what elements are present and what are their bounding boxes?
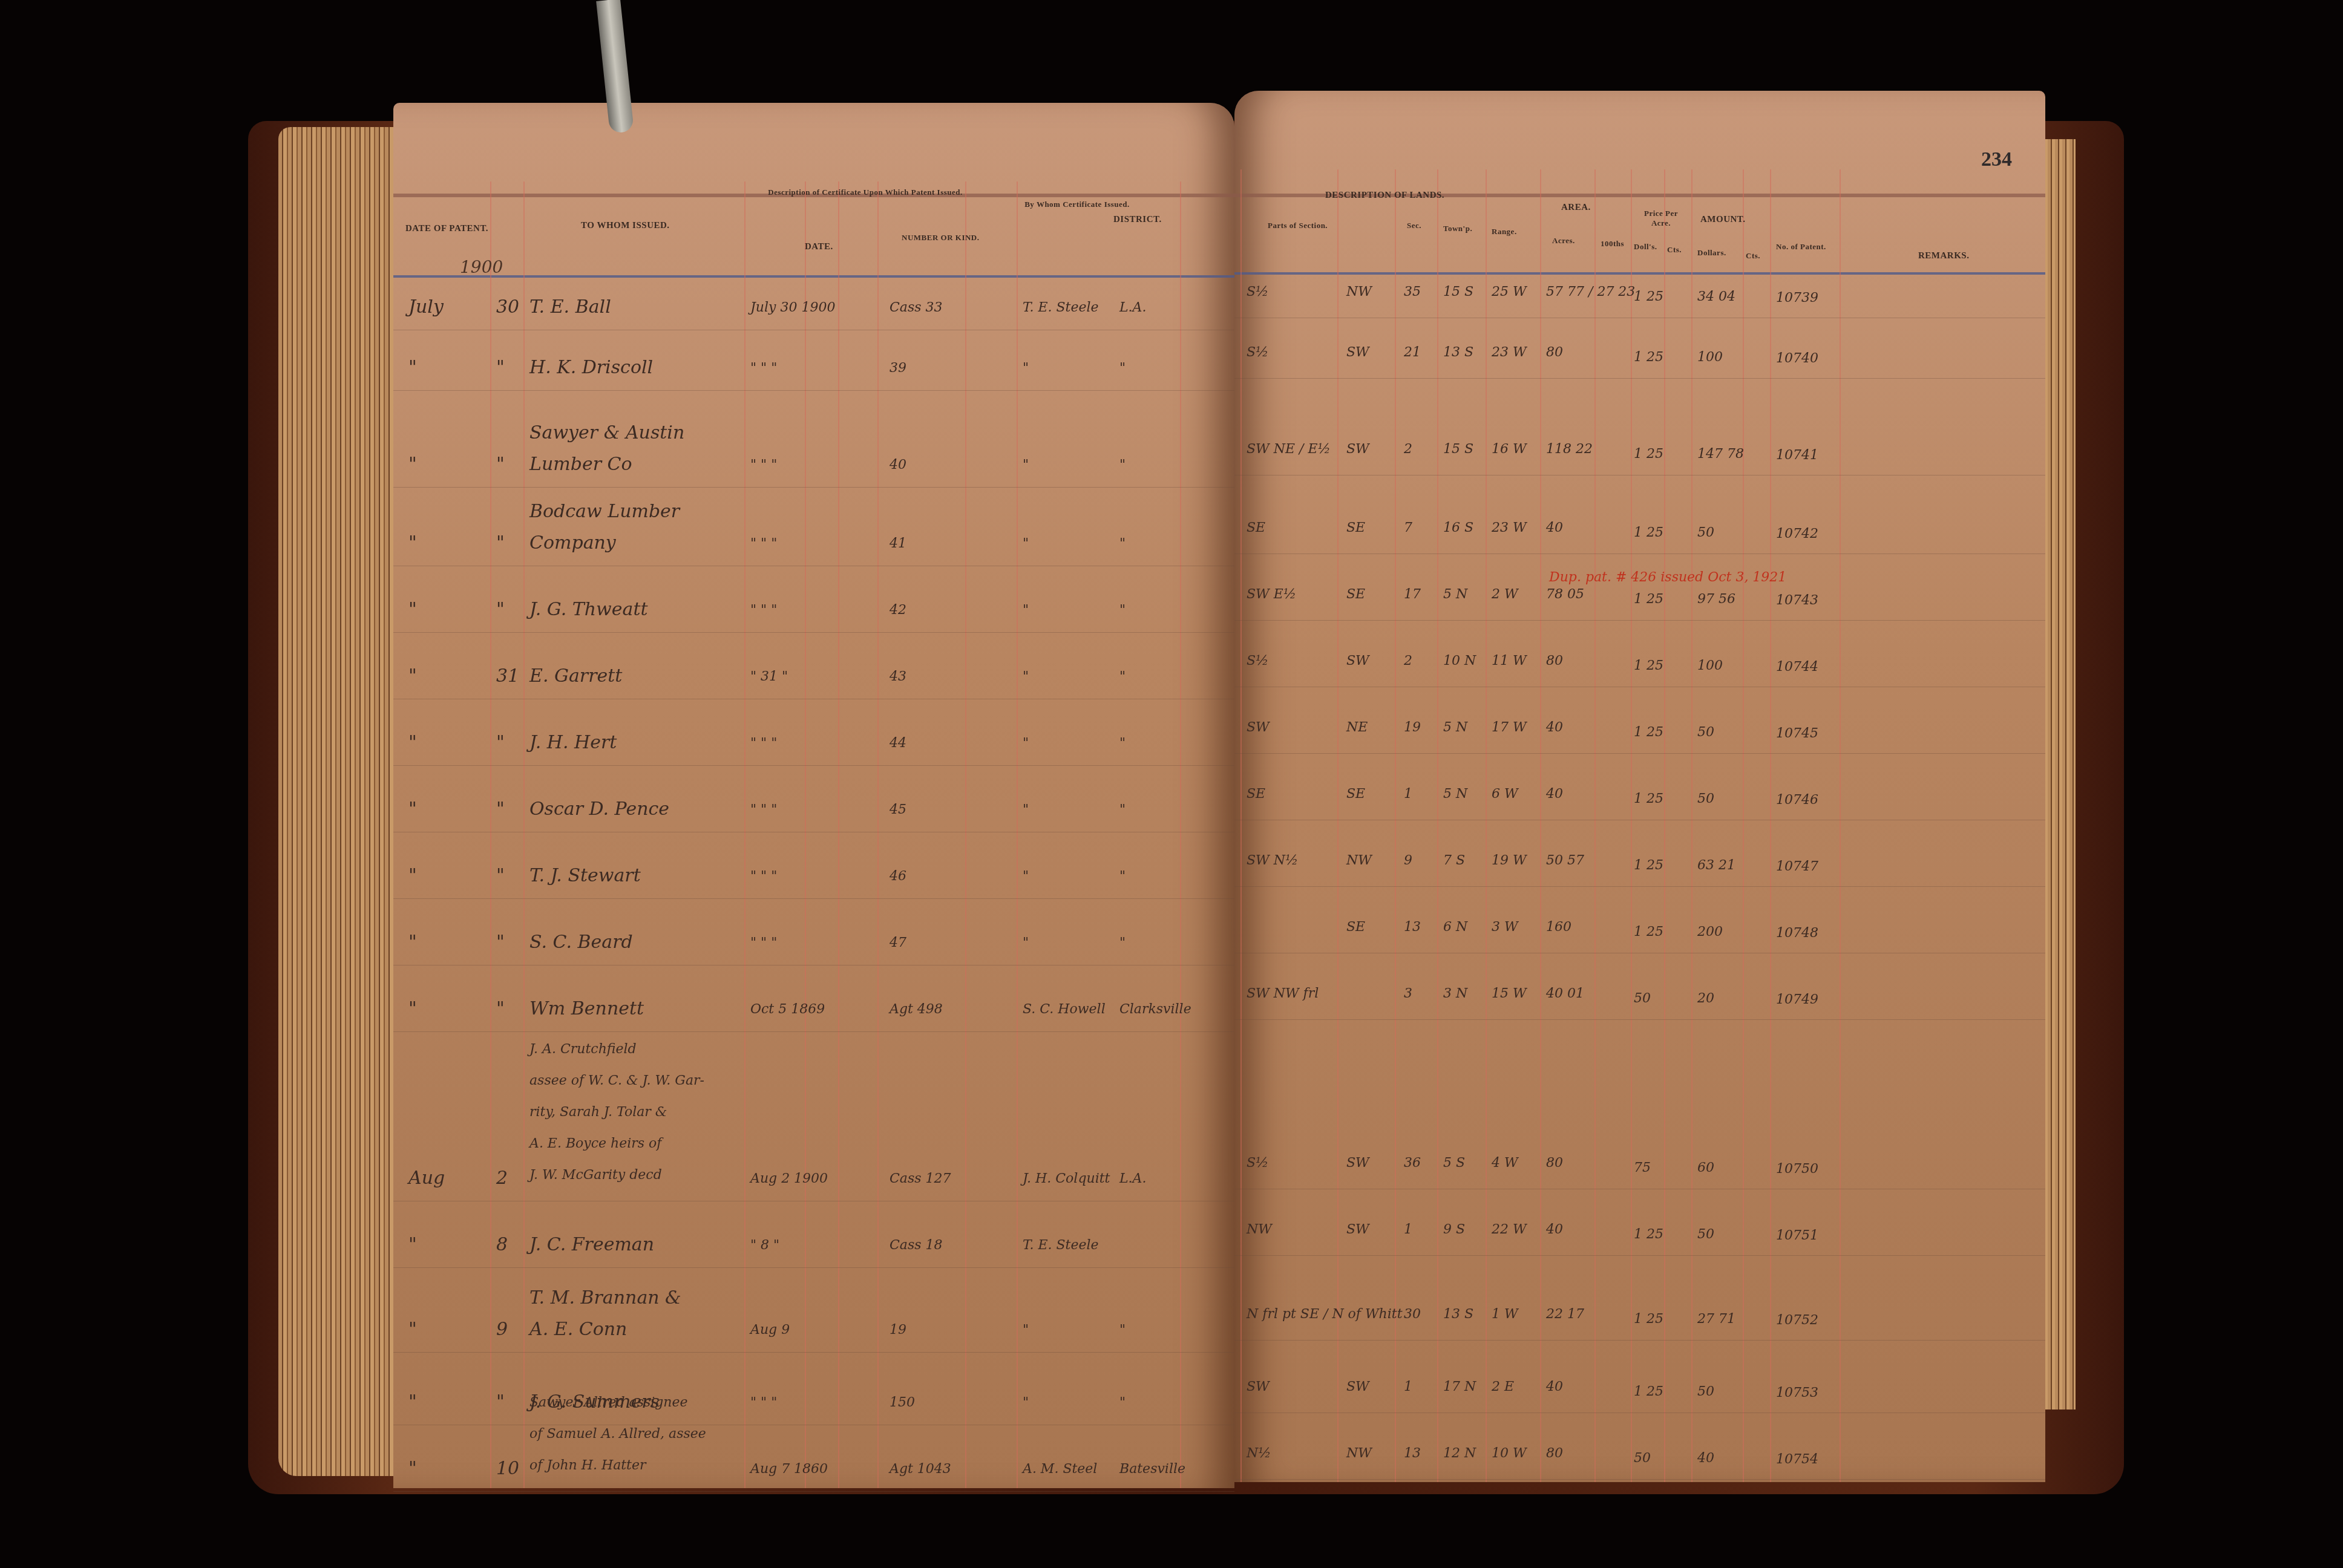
row-rule <box>1234 378 2045 379</box>
row-rule <box>393 1201 1234 1201</box>
entry-range: 2 W <box>1492 587 1518 602</box>
header-bottom-rule <box>1234 272 2045 275</box>
column-divider <box>490 181 491 1488</box>
entry-name-line: of John H. Hatter <box>529 1458 646 1473</box>
entry-price: 1 25 <box>1634 350 1663 365</box>
column-divider <box>1540 169 1541 1482</box>
entry-quarter: SW <box>1346 1379 1369 1394</box>
entry-amount: 40 <box>1697 1451 1714 1466</box>
entry-name-line: T. E. Ball <box>529 296 611 318</box>
header-description-of-lands: DESCRIPTION OF LANDS. <box>1325 191 1444 201</box>
column-divider <box>1180 181 1181 1488</box>
column-divider <box>1691 169 1693 1482</box>
entry-quarter: NW <box>1346 853 1372 868</box>
entry-part-of-section: S½ <box>1247 345 1268 360</box>
entry-price: 75 <box>1634 1160 1651 1175</box>
entry-month: " <box>408 665 417 687</box>
header-acres: Acres. <box>1552 236 1575 246</box>
entry-patent-number: 10741 <box>1776 448 1818 463</box>
entry-by-whom: " <box>1023 536 1029 551</box>
entry-price: 1 25 <box>1634 725 1663 740</box>
entry-amount: 50 <box>1697 525 1714 540</box>
entry-month: Aug <box>408 1168 445 1189</box>
column-divider <box>838 181 839 1488</box>
entry-name-line: E. Garrett <box>529 665 622 687</box>
entry-name-line: A. E. Conn <box>529 1319 627 1340</box>
entry-acres: 80 <box>1546 345 1563 360</box>
entry-acres: 160 <box>1546 920 1571 935</box>
column-divider <box>1770 169 1771 1482</box>
header-price-cts: Cts. <box>1667 245 1682 255</box>
column-divider <box>1337 169 1339 1482</box>
column-divider <box>1486 169 1487 1482</box>
entry-amount: 60 <box>1697 1160 1714 1175</box>
entry-cert-date: Aug 9 <box>750 1322 790 1338</box>
entry-name-line: Oscar D. Pence <box>529 799 669 820</box>
entry-day: " <box>496 357 505 378</box>
entry-range: 23 W <box>1492 520 1527 535</box>
entry-patent-number: 10744 <box>1776 659 1818 675</box>
entry-district: " <box>1119 935 1126 950</box>
entry-cert-kind: 46 <box>890 869 906 884</box>
entry-district: " <box>1119 361 1126 376</box>
entry-part-of-section: S½ <box>1247 653 1268 668</box>
entry-price: 1 25 <box>1634 446 1663 462</box>
header-range: Range. <box>1492 227 1517 237</box>
entry-township: 5 N <box>1443 720 1467 735</box>
entry-township: 5 S <box>1443 1155 1465 1171</box>
entry-day: 9 <box>496 1319 508 1340</box>
entry-month: " <box>408 998 417 1019</box>
entry-part-of-section: SW N½ <box>1247 853 1298 868</box>
entry-price: 50 <box>1634 1451 1651 1466</box>
header-amount-cts: Cts. <box>1746 251 1760 261</box>
entry-part-of-section: N½ <box>1247 1446 1271 1461</box>
row-rule <box>1234 554 2045 554</box>
entry-amount: 50 <box>1697 725 1714 740</box>
entry-by-whom: A. M. Steel <box>1023 1462 1097 1477</box>
entry-section: 36 <box>1404 1155 1421 1171</box>
entry-cert-kind: 40 <box>890 457 906 472</box>
entry-month: " <box>408 799 417 820</box>
header-area: AREA. <box>1561 203 1591 213</box>
entry-range: 19 W <box>1492 853 1527 868</box>
entry-range: 6 W <box>1492 786 1518 802</box>
entry-by-whom: " <box>1023 802 1029 817</box>
entry-price: 1 25 <box>1634 924 1663 939</box>
entry-amount: 100 <box>1697 658 1723 673</box>
column-divider <box>744 181 745 1488</box>
entry-by-whom: J. H. Colquitt <box>1023 1171 1110 1186</box>
entry-by-whom: " <box>1023 736 1029 751</box>
entry-district: " <box>1119 1322 1126 1338</box>
entry-section: 7 <box>1404 520 1412 535</box>
row-rule <box>1234 620 2045 621</box>
entry-district: Batesville <box>1119 1462 1185 1477</box>
entry-section: 1 <box>1404 1379 1412 1394</box>
column-divider <box>805 181 806 1488</box>
entry-patent-number: 10746 <box>1776 792 1818 808</box>
column-divider <box>523 181 525 1488</box>
entry-price: 1 25 <box>1634 592 1663 607</box>
entry-by-whom: T. E. Steele <box>1023 1238 1098 1253</box>
entry-cert-kind: 150 <box>890 1395 915 1410</box>
row-rule <box>1234 953 2045 953</box>
entry-section: 19 <box>1404 720 1421 735</box>
row-rule <box>393 632 1234 633</box>
entry-cert-date: Aug 7 1860 <box>750 1462 828 1477</box>
entry-acres: 40 01 <box>1546 986 1584 1001</box>
entry-township: 10 N <box>1443 653 1476 668</box>
entry-day: 30 <box>496 296 519 318</box>
row-rule <box>1234 1019 2045 1020</box>
entry-district: L.A. <box>1119 1171 1146 1186</box>
entry-section: 13 <box>1404 920 1421 935</box>
entry-range: 2 E <box>1492 1379 1514 1394</box>
entry-price: 1 25 <box>1634 525 1663 540</box>
entry-cert-kind: Agt 1043 <box>890 1462 951 1477</box>
entry-day: " <box>496 532 505 554</box>
entry-section: 1 <box>1404 1222 1412 1237</box>
entry-range: 10 W <box>1492 1446 1527 1461</box>
entry-township: 15 S <box>1443 442 1473 457</box>
entry-district: " <box>1119 802 1126 817</box>
entry-cert-kind: 39 <box>890 361 906 376</box>
entry-by-whom: T. E. Steele <box>1023 300 1098 315</box>
entry-day: 8 <box>496 1234 508 1255</box>
entry-name-line: Bodcaw Lumber <box>529 501 680 522</box>
entry-township: 17 N <box>1443 1379 1476 1394</box>
entry-acres: 40 <box>1546 786 1563 802</box>
entry-section: 2 <box>1404 653 1412 668</box>
ledger-right-page: 234 DESCRIPTION OF LANDS. Parts of Secti… <box>1234 91 2045 1482</box>
row-rule <box>393 832 1234 832</box>
entry-month: " <box>408 1391 417 1413</box>
row-rule <box>1234 1255 2045 1256</box>
entry-month: " <box>408 599 417 620</box>
entry-quarter: SE <box>1346 520 1365 535</box>
row-rule <box>393 965 1234 965</box>
entry-day: " <box>496 732 505 753</box>
entry-by-whom: " <box>1023 869 1029 884</box>
header-cert-date: DATE. <box>805 242 833 252</box>
header-hundredths: 100ths <box>1601 239 1624 249</box>
entry-quarter: SW <box>1346 1222 1369 1237</box>
entry-patent-number: 10739 <box>1776 290 1818 305</box>
entry-section: 30 <box>1404 1307 1421 1322</box>
entry-range: 17 W <box>1492 720 1527 735</box>
row-rule <box>1234 1479 2045 1480</box>
row-rule <box>1234 1413 2045 1413</box>
header-price-per-acre: Price Per Acre. <box>1634 209 1688 228</box>
entry-name-line: Lumber Co <box>529 454 632 475</box>
column-divider <box>1437 169 1438 1482</box>
row-rule <box>393 390 1234 391</box>
entry-amount: 97 56 <box>1697 592 1735 607</box>
row-rule <box>1234 886 2045 887</box>
entry-by-whom: " <box>1023 361 1029 376</box>
entry-acres: 22 17 <box>1546 1307 1584 1322</box>
row-rule <box>393 1425 1234 1425</box>
row-rule <box>393 566 1234 566</box>
entry-month: July <box>408 296 444 318</box>
entry-part-of-section: SE <box>1247 786 1265 802</box>
entry-name-line: J. H. Hert <box>529 732 617 753</box>
entry-quarter: NW <box>1346 1446 1372 1461</box>
row-rule <box>393 1491 1234 1492</box>
entry-month: " <box>408 1319 417 1340</box>
header-remarks: REMARKS. <box>1918 251 1969 261</box>
entry-price: 1 25 <box>1634 289 1663 304</box>
row-rule <box>1234 753 2045 754</box>
entry-acres: 40 <box>1546 520 1563 535</box>
entry-township: 9 S <box>1443 1222 1465 1237</box>
entry-by-whom: S. C. Howell <box>1023 1002 1106 1017</box>
entry-patent-number: 10750 <box>1776 1161 1818 1177</box>
entry-district: " <box>1119 457 1126 472</box>
entry-township: 7 S <box>1443 853 1465 868</box>
entry-amount: 63 21 <box>1697 858 1735 873</box>
entry-name-line: rity, Sarah J. Tolar & <box>529 1105 667 1120</box>
column-divider <box>1395 169 1396 1482</box>
entry-amount: 27 71 <box>1697 1312 1735 1327</box>
ledger-year: 1900 <box>460 257 503 277</box>
entry-quarter: SW <box>1346 345 1369 360</box>
row-rule <box>393 898 1234 899</box>
header-amount-dollars: Dollars. <box>1697 248 1726 258</box>
entry-district: " <box>1119 536 1126 551</box>
entry-amount: 34 04 <box>1697 289 1735 304</box>
entry-township: 12 N <box>1443 1446 1476 1461</box>
entry-name-line: A. E. Boyce heirs of <box>529 1136 662 1151</box>
entry-by-whom: " <box>1023 1322 1029 1338</box>
entry-price: 50 <box>1634 991 1651 1006</box>
entry-cert-date: " " " <box>750 1395 777 1410</box>
entry-quarter: SW <box>1346 653 1369 668</box>
column-divider <box>1664 169 1665 1482</box>
entry-district: " <box>1119 869 1126 884</box>
entry-patent-number: 10743 <box>1776 593 1818 608</box>
entry-name-line: J. G. Thweatt <box>529 599 648 620</box>
entry-name-line: Sawyer Allred assignee <box>529 1395 688 1410</box>
column-divider <box>1240 169 1242 1482</box>
header-bottom-rule <box>393 275 1234 278</box>
entry-cert-date: July 30 1900 <box>750 300 835 315</box>
entry-amount: 100 <box>1697 350 1723 365</box>
entry-patent-number: 10748 <box>1776 926 1818 941</box>
entry-patent-number: 10745 <box>1776 726 1818 741</box>
entry-district: " <box>1119 669 1126 684</box>
page-number: 234 <box>1981 148 2012 171</box>
entry-month: " <box>408 865 417 886</box>
entry-name-line: Wm Bennett <box>529 998 644 1019</box>
entry-patent-number: 10753 <box>1776 1385 1818 1400</box>
entry-section: 17 <box>1404 587 1421 602</box>
entry-cert-date: " 8 " <box>750 1238 779 1253</box>
entry-acres: 50 57 <box>1546 853 1584 868</box>
entry-township: 6 N <box>1443 920 1467 935</box>
row-rule <box>393 1267 1234 1268</box>
entry-month: " <box>408 454 417 475</box>
entry-section: 1 <box>1404 786 1412 802</box>
header-township: Town'p. <box>1443 224 1472 234</box>
entry-cert-kind: Cass 127 <box>890 1171 951 1186</box>
entry-part-of-section: S½ <box>1247 284 1268 299</box>
column-divider <box>965 181 966 1488</box>
entry-township: 5 N <box>1443 587 1467 602</box>
entry-patent-number: 10742 <box>1776 526 1818 541</box>
entry-day: " <box>496 599 505 620</box>
row-rule <box>1234 475 2045 475</box>
entry-range: 23 W <box>1492 345 1527 360</box>
entry-by-whom: " <box>1023 603 1029 618</box>
ledger-left-page: DATE OF PATENT. TO WHOM ISSUED. Descript… <box>393 103 1234 1488</box>
entry-price: 1 25 <box>1634 858 1663 873</box>
entry-range: 3 W <box>1492 920 1518 935</box>
entry-quarter: NW <box>1346 284 1372 299</box>
entry-district: " <box>1119 603 1126 618</box>
entry-range: 11 W <box>1492 653 1527 668</box>
entry-cert-kind: Cass 33 <box>890 300 943 315</box>
entry-remark-red: Dup. pat. # 426 issued Oct 3, 1921 <box>1549 570 1786 585</box>
entry-month: " <box>408 1458 417 1479</box>
entry-part-of-section: SW NE / E½ <box>1247 442 1331 457</box>
entry-acres: 80 <box>1546 653 1563 668</box>
entry-price: 1 25 <box>1634 1227 1663 1242</box>
page-edges-left <box>278 127 399 1476</box>
entry-district: " <box>1119 736 1126 751</box>
entry-month: " <box>408 932 417 953</box>
entry-quarter: SW <box>1346 1155 1369 1171</box>
entry-district: Clarksville <box>1119 1002 1191 1017</box>
entry-range: 25 W <box>1492 284 1527 299</box>
entry-name-line: J. W. McGarity decd <box>529 1168 662 1183</box>
column-divider <box>1594 169 1596 1482</box>
entry-quarter: SW <box>1346 442 1369 457</box>
entry-month: " <box>408 732 417 753</box>
header-sec: Sec. <box>1407 221 1421 230</box>
entry-name-line: of Samuel A. Allred, assee <box>529 1426 706 1442</box>
entry-month: " <box>408 357 417 378</box>
entry-acres: 80 <box>1546 1446 1563 1461</box>
entry-patent-number: 10752 <box>1776 1313 1818 1328</box>
entry-part-of-section: SW <box>1247 1379 1270 1394</box>
header-amount: AMOUNT. <box>1700 215 1745 225</box>
entry-cert-kind: 43 <box>890 669 906 684</box>
entry-section: 3 <box>1404 986 1412 1001</box>
entry-cert-kind: Cass 18 <box>890 1238 943 1253</box>
row-rule <box>393 699 1234 699</box>
entry-part-of-section: N frl pt SE / N of Whitt <box>1247 1307 1403 1322</box>
entry-section: 21 <box>1404 345 1421 360</box>
entry-price: 1 25 <box>1634 1312 1663 1327</box>
entry-day: " <box>496 799 505 820</box>
row-rule <box>1234 1189 2045 1189</box>
entry-amount: 20 <box>1697 991 1714 1006</box>
header-no-of-patent: No. of Patent. <box>1776 242 1826 252</box>
entry-cert-date: " " " <box>750 457 777 472</box>
entry-price: 1 25 <box>1634 658 1663 673</box>
row-rule <box>393 765 1234 766</box>
row-rule <box>393 487 1234 488</box>
entry-name-line: T. M. Brannan & <box>529 1287 681 1308</box>
entry-range: 1 W <box>1492 1307 1518 1322</box>
header-to-whom-issued: TO WHOM ISSUED. <box>581 221 670 231</box>
entry-part-of-section: SE <box>1247 520 1265 535</box>
entry-township: 13 S <box>1443 345 1473 360</box>
entry-name-line: assee of W. C. & J. W. Gar- <box>529 1073 704 1088</box>
entry-amount: 147 78 <box>1697 446 1744 462</box>
entry-cert-kind: 42 <box>890 603 906 618</box>
entry-part-of-section: S½ <box>1247 1155 1268 1171</box>
entry-part-of-section: SW NW frl <box>1247 986 1319 1001</box>
entry-cert-date: " " " <box>750 361 777 376</box>
entry-cert-kind: 44 <box>890 736 906 751</box>
entry-cert-date: " " " <box>750 802 777 817</box>
entry-acres: 40 <box>1546 720 1563 735</box>
entry-range: 4 W <box>1492 1155 1518 1171</box>
entry-quarter: SE <box>1346 786 1365 802</box>
entry-patent-number: 10751 <box>1776 1228 1818 1243</box>
entry-cert-date: Oct 5 1869 <box>750 1002 825 1017</box>
entry-acres: 118 22 <box>1546 442 1593 457</box>
entry-amount: 50 <box>1697 1227 1714 1242</box>
entry-month: " <box>408 532 417 554</box>
entry-price: 1 25 <box>1634 791 1663 806</box>
entry-section: 2 <box>1404 442 1412 457</box>
entry-cert-date: Aug 2 1900 <box>750 1171 828 1186</box>
row-rule <box>393 1352 1234 1353</box>
entry-acres: 80 <box>1546 1155 1563 1171</box>
entry-patent-number: 10749 <box>1776 992 1818 1007</box>
entry-quarter: NE <box>1346 720 1368 735</box>
entry-day: 2 <box>496 1168 508 1189</box>
entry-cert-kind: Agt 498 <box>890 1002 943 1017</box>
entry-section: 13 <box>1404 1446 1421 1461</box>
entry-part-of-section: SW E½ <box>1247 587 1296 602</box>
row-rule <box>1234 318 2045 318</box>
entry-section: 35 <box>1404 284 1421 299</box>
column-divider <box>1840 169 1841 1482</box>
entry-acres: 78 05 <box>1546 587 1584 602</box>
entry-by-whom: " <box>1023 1395 1029 1410</box>
entry-township: 15 S <box>1443 284 1473 299</box>
entry-cert-date: " " " <box>750 603 777 618</box>
entry-name-line: J. A. Crutchfield <box>529 1042 637 1057</box>
entry-patent-number: 10747 <box>1776 859 1818 874</box>
entry-amount: 50 <box>1697 791 1714 806</box>
row-rule <box>393 330 1234 330</box>
entry-by-whom: " <box>1023 669 1029 684</box>
entry-cert-date: " " " <box>750 736 777 751</box>
column-divider <box>1743 169 1744 1482</box>
column-divider <box>1017 181 1018 1488</box>
entry-name-line: H. K. Driscoll <box>529 357 653 378</box>
header-by-whom: By Whom Certificate Issued. <box>1017 200 1138 209</box>
entry-day: " <box>496 454 505 475</box>
entry-district: " <box>1119 1395 1126 1410</box>
entry-township: 5 N <box>1443 786 1467 802</box>
entry-cert-kind: 41 <box>890 536 906 551</box>
entry-day: 31 <box>496 665 519 687</box>
row-rule <box>1234 687 2045 687</box>
entry-range: 15 W <box>1492 986 1527 1001</box>
entry-range: 16 W <box>1492 442 1527 457</box>
entry-cert-date: " " " <box>750 935 777 950</box>
entry-section: 9 <box>1404 853 1412 868</box>
entry-day: " <box>496 998 505 1019</box>
entry-acres: 57 77 / 27 23 <box>1546 284 1635 299</box>
